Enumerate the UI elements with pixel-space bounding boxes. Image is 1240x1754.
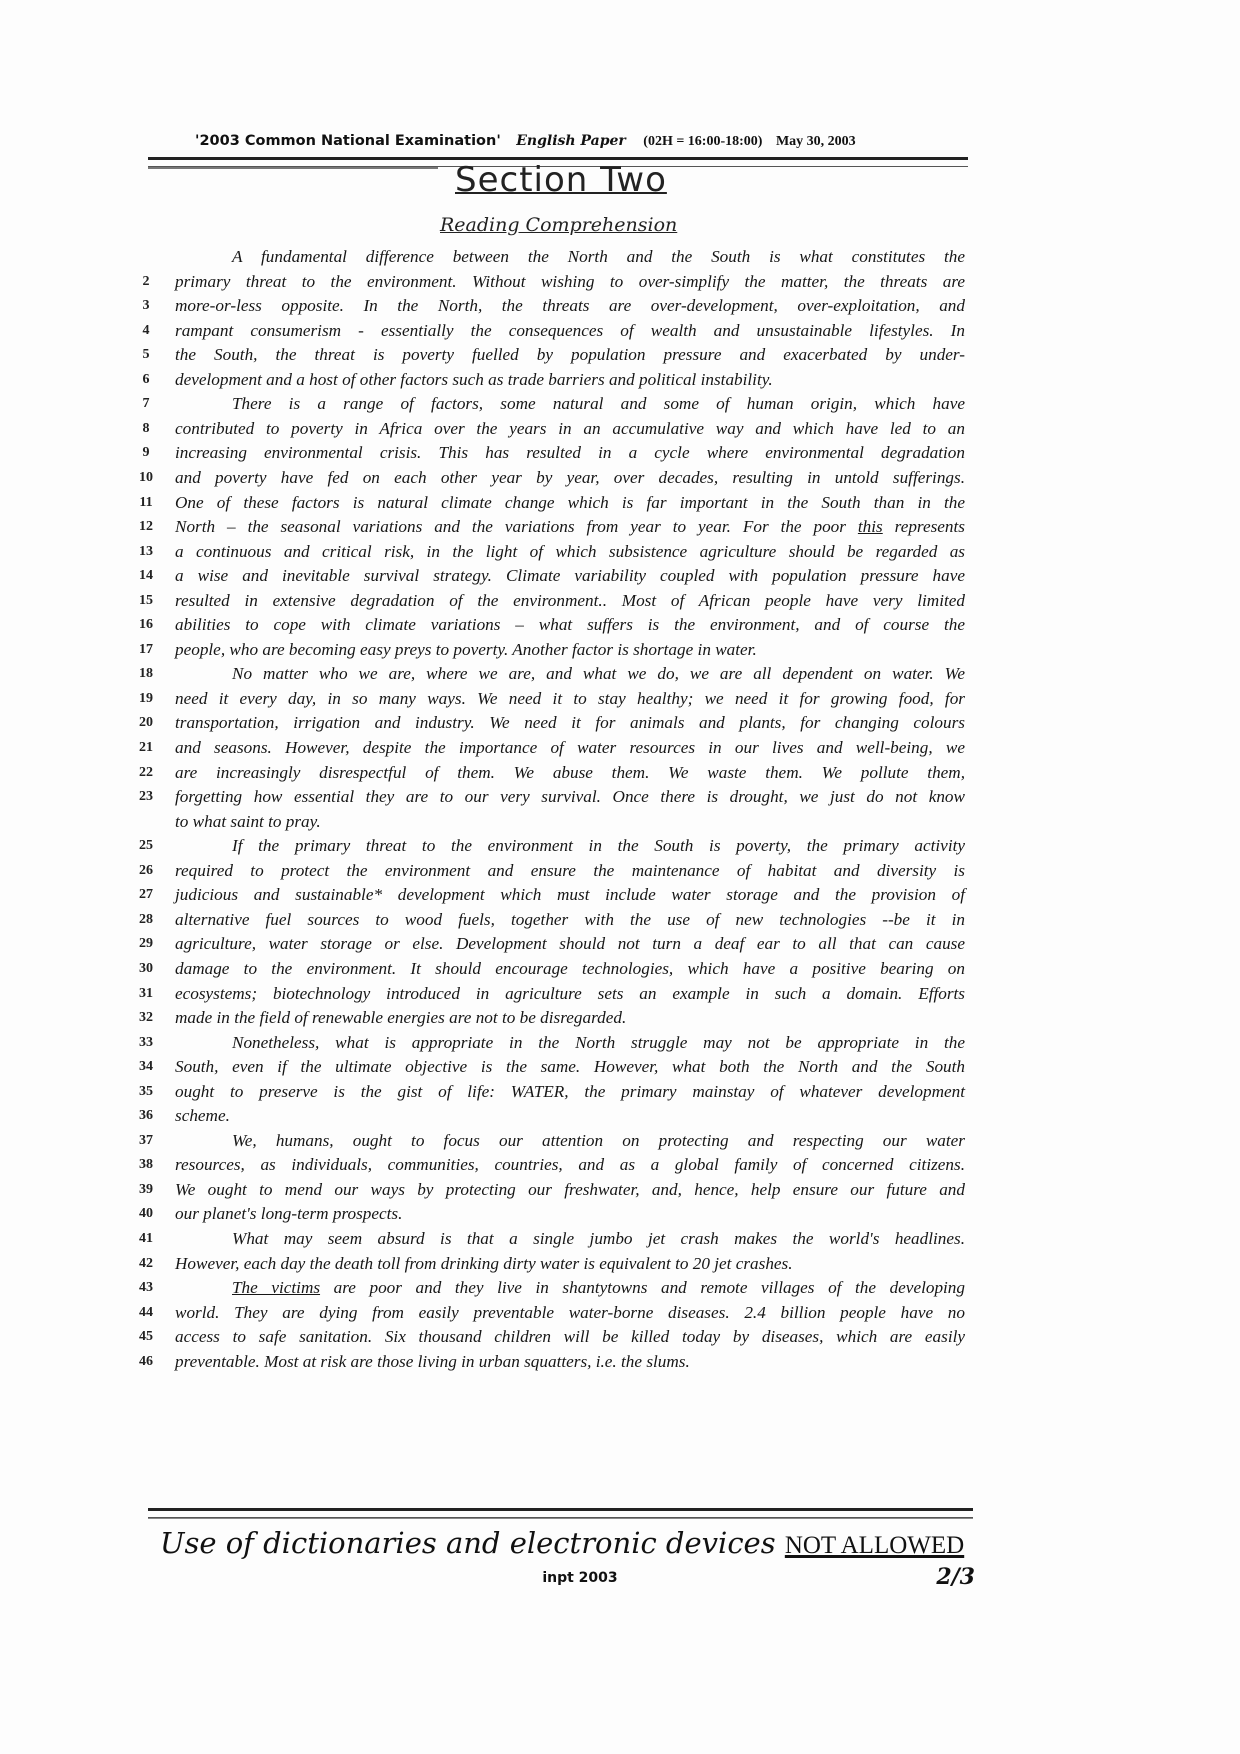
footer-divider-accent (148, 1518, 973, 1519)
line-number: 25 (135, 834, 157, 858)
line-number: 46 (135, 1350, 157, 1374)
line-number: 3 (135, 294, 157, 318)
passage-line: No matter who we are, where we are, and … (232, 662, 965, 686)
line-number: 45 (135, 1325, 157, 1349)
passage-line: ought to preserve is the gist of life: W… (175, 1080, 965, 1104)
passage-line: primary threat to the environment. Witho… (175, 270, 965, 294)
passage-line: contributed to poverty in Africa over th… (175, 417, 965, 441)
exam-date: May 30, 2003 (776, 134, 856, 149)
passage-line: access to safe sanitation. Six thousand … (175, 1325, 965, 1349)
line-number: 27 (135, 883, 157, 907)
passage-line: a continuous and critical risk, in the l… (175, 540, 965, 564)
passage-line: alternative fuel sources to wood fuels, … (175, 908, 965, 932)
line-number: 19 (135, 687, 157, 711)
passage-line: ecosystems; biotechnology introduced in … (175, 982, 965, 1006)
line-number: 17 (135, 638, 157, 662)
line-number: 20 (135, 711, 157, 735)
section-title: Section Two (455, 160, 695, 200)
footer-notice: Use of dictionaries and electronic devic… (160, 1526, 980, 1560)
passage-line: increasing environmental crisis. This ha… (175, 441, 965, 465)
line-number: 16 (135, 613, 157, 637)
passage-line: to what saint to pray. (175, 810, 965, 834)
passage-line: However, each day the death toll from dr… (175, 1252, 965, 1276)
section-subtitle: Reading Comprehension (440, 214, 740, 236)
passage-line: more-or-less opposite. In the North, the… (175, 294, 965, 318)
line-number: 8 (135, 417, 157, 441)
notice-text: Use of dictionaries and electronic devic… (160, 1526, 776, 1560)
page-header: '2003 Common National Examination' Engli… (195, 133, 955, 153)
passage-line: What may seem absurd is that a single ju… (232, 1227, 965, 1251)
page-number: 2/3 (935, 1564, 975, 1590)
line-number: 39 (135, 1178, 157, 1202)
passage-line: agriculture, water storage or else. Deve… (175, 932, 965, 956)
passage-line: our planet's long-term prospects. (175, 1202, 965, 1226)
footer-divider (148, 1508, 973, 1518)
line-number: 7 (135, 392, 157, 416)
passage-line: are increasingly disrespectful of them. … (175, 761, 965, 785)
line-number: 18 (135, 662, 157, 686)
notice-emphasis: NOT ALLOWED (785, 1532, 964, 1559)
passage-line: required to protect the environment and … (175, 859, 965, 883)
passage-line: We ought to mend our ways by protecting … (175, 1178, 965, 1202)
line-number: 29 (135, 932, 157, 956)
line-number: 2 (135, 270, 157, 294)
passage-line: We, humans, ought to focus our attention… (232, 1129, 965, 1153)
line-number: 12 (135, 515, 157, 539)
passage-line: damage to the environment. It should enc… (175, 957, 965, 981)
paper-name: English Paper (516, 133, 626, 149)
passage-line: made in the field of renewable energies … (175, 1006, 965, 1030)
passage-line: resulted in extensive degradation of the… (175, 589, 965, 613)
line-number: 34 (135, 1055, 157, 1079)
passage-line: a wise and inevitable survival strategy.… (175, 564, 965, 588)
passage-line: development and a host of other factors … (175, 368, 965, 392)
exam-time: (02H = 16:00-18:00) (643, 134, 762, 149)
line-number: 36 (135, 1104, 157, 1128)
line-number: 11 (135, 491, 157, 515)
line-number: 14 (135, 564, 157, 588)
line-number: 21 (135, 736, 157, 760)
line-number: 40 (135, 1202, 157, 1226)
line-number: 44 (135, 1301, 157, 1325)
line-number: 26 (135, 859, 157, 883)
passage-line: people, who are becoming easy preys to p… (175, 638, 965, 662)
passage-line: North – the seasonal variations and the … (175, 515, 965, 539)
passage-line: forgetting how essential they are to our… (175, 785, 965, 809)
line-number: 42 (135, 1252, 157, 1276)
line-number: 41 (135, 1227, 157, 1251)
passage-line: and poverty have fed on each other year … (175, 466, 965, 490)
underlined-reference: this (858, 517, 883, 536)
passage-line: resources, as individuals, communities, … (175, 1153, 965, 1177)
passage-line: South, even if the ultimate objective is… (175, 1055, 965, 1079)
passage-line: abilities to cope with climate variation… (175, 613, 965, 637)
underlined-reference: The victims (232, 1278, 320, 1297)
line-number: 13 (135, 540, 157, 564)
line-number: 43 (135, 1276, 157, 1300)
line-number: 33 (135, 1031, 157, 1055)
passage-line: the South, the threat is poverty fuelled… (175, 343, 965, 367)
footer-code: inpt 2003 (540, 1570, 620, 1586)
passage-line: Nonetheless, what is appropriate in the … (232, 1031, 965, 1055)
line-number: 28 (135, 908, 157, 932)
passage-line: need it every day, in so many ways. We n… (175, 687, 965, 711)
passage-line: If the primary threat to the environment… (232, 834, 965, 858)
line-number: 38 (135, 1153, 157, 1177)
passage-line: A fundamental difference between the Nor… (232, 245, 965, 269)
passage-line: judicious and sustainable* development w… (175, 883, 965, 907)
passage-line: One of these factors is natural climate … (175, 491, 965, 515)
exam-title: '2003 Common National Examination' (195, 133, 501, 149)
line-number: 10 (135, 466, 157, 490)
passage-line: There is a range of factors, some natura… (232, 392, 965, 416)
passage-line: scheme. (175, 1104, 965, 1128)
passage-line: and seasons. However, despite the import… (175, 736, 965, 760)
line-number: 37 (135, 1129, 157, 1153)
line-number: 9 (135, 441, 157, 465)
line-number: 32 (135, 1006, 157, 1030)
line-number: 22 (135, 761, 157, 785)
line-number: 15 (135, 589, 157, 613)
passage-line: The victims are poor and they live in sh… (232, 1276, 965, 1300)
line-number: 5 (135, 343, 157, 367)
line-number: 30 (135, 957, 157, 981)
line-number: 35 (135, 1080, 157, 1104)
line-number: 4 (135, 319, 157, 343)
passage-line: world. They are dying from easily preven… (175, 1301, 965, 1325)
line-number: 6 (135, 368, 157, 392)
line-number: 23 (135, 785, 157, 809)
line-number: 31 (135, 982, 157, 1006)
exam-page: '2003 Common National Examination' Engli… (0, 0, 1240, 1754)
passage-line: preventable. Most at risk are those livi… (175, 1350, 965, 1374)
header-divider-accent (148, 167, 438, 169)
passage-line: rampant consumerism - essentially the co… (175, 319, 965, 343)
passage-line: transportation, irrigation and industry.… (175, 711, 965, 735)
